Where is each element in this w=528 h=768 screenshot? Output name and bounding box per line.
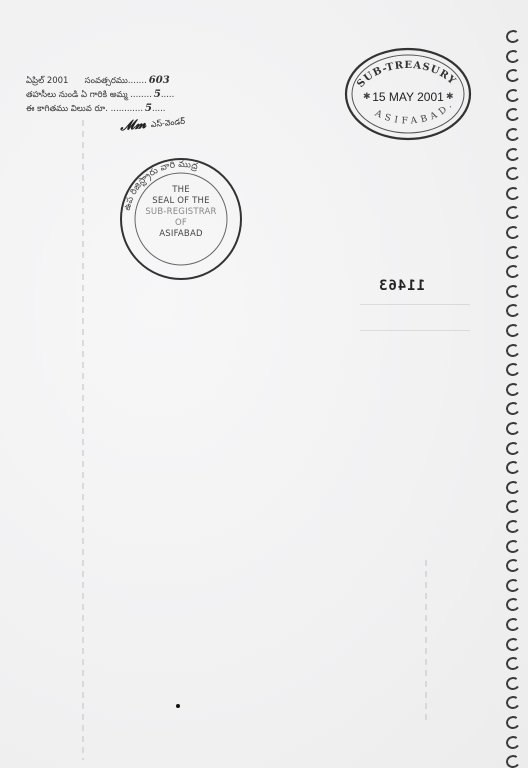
svg-text:✱: ✱ — [446, 92, 454, 102]
spiral-ring — [505, 480, 521, 495]
spiral-ring — [505, 323, 521, 338]
spiral-ring — [505, 597, 521, 612]
spiral-ring — [505, 362, 521, 377]
faint-line — [360, 304, 470, 305]
spiral-ring — [505, 499, 521, 514]
spiral-ring — [505, 382, 521, 397]
spiral-ring — [505, 421, 521, 436]
spiral-ring — [505, 460, 521, 475]
spiral-ring — [505, 264, 521, 279]
fold-line — [82, 120, 84, 760]
spiral-ring — [505, 656, 521, 671]
svg-text:15 MAY 2001: 15 MAY 2001 — [372, 90, 444, 104]
spiral-ring — [505, 695, 521, 710]
endorsement-number: 603 — [149, 75, 170, 86]
spiral-ring — [505, 68, 521, 83]
document-page: ఏప్రిల్ 2001 సంవత్సరము.......603 తహసీలు … — [0, 0, 528, 768]
faint-line — [360, 330, 470, 331]
spiral-ring — [505, 303, 521, 318]
spiral-ring — [505, 127, 521, 142]
spiral-ring — [505, 88, 521, 103]
spiral-ring — [505, 440, 521, 455]
ink-dot — [176, 704, 180, 708]
spiral-ring — [505, 617, 521, 632]
spiral-ring — [505, 676, 521, 691]
spiral-ring — [505, 29, 521, 44]
spiral-ring — [505, 244, 521, 259]
spiral-ring — [505, 342, 521, 357]
spiral-ring — [505, 519, 521, 534]
endorsement-date-label: ఏప్రిల్ 2001 — [26, 76, 68, 86]
spiral-ring — [505, 146, 521, 161]
spiral-ring — [505, 401, 521, 416]
spiral-ring — [505, 107, 521, 122]
spiral-ring — [505, 715, 521, 730]
spiral-ring — [505, 636, 521, 651]
fold-line — [425, 560, 427, 720]
spiral-ring — [505, 734, 521, 749]
spiral-ring — [505, 284, 521, 299]
svg-text:✱: ✱ — [363, 92, 371, 102]
serial-number: 11463 — [378, 278, 425, 294]
sub-registrar-seal: ఉప రిజిస్ట్రారు వారి ముద్ర THE SEAL OF T… — [115, 155, 247, 283]
spiral-ring — [505, 578, 521, 593]
spiral-ring — [505, 225, 521, 240]
spiral-ring — [505, 186, 521, 201]
sub-treasury-stamp: SUB-TREASURY ASIFABAD. 15 MAY 2001 ✱ ✱ — [343, 45, 473, 143]
vendor-endorsement: ఏప్రిల్ 2001 సంవత్సరము.......603 తహసీలు … — [26, 74, 174, 116]
spiral-ring — [505, 754, 521, 768]
spiral-ring — [505, 166, 521, 181]
spiral-ring — [505, 538, 521, 553]
spiral-ring — [505, 48, 521, 63]
spiral-ring — [505, 205, 521, 220]
spiral-ring — [505, 558, 521, 573]
